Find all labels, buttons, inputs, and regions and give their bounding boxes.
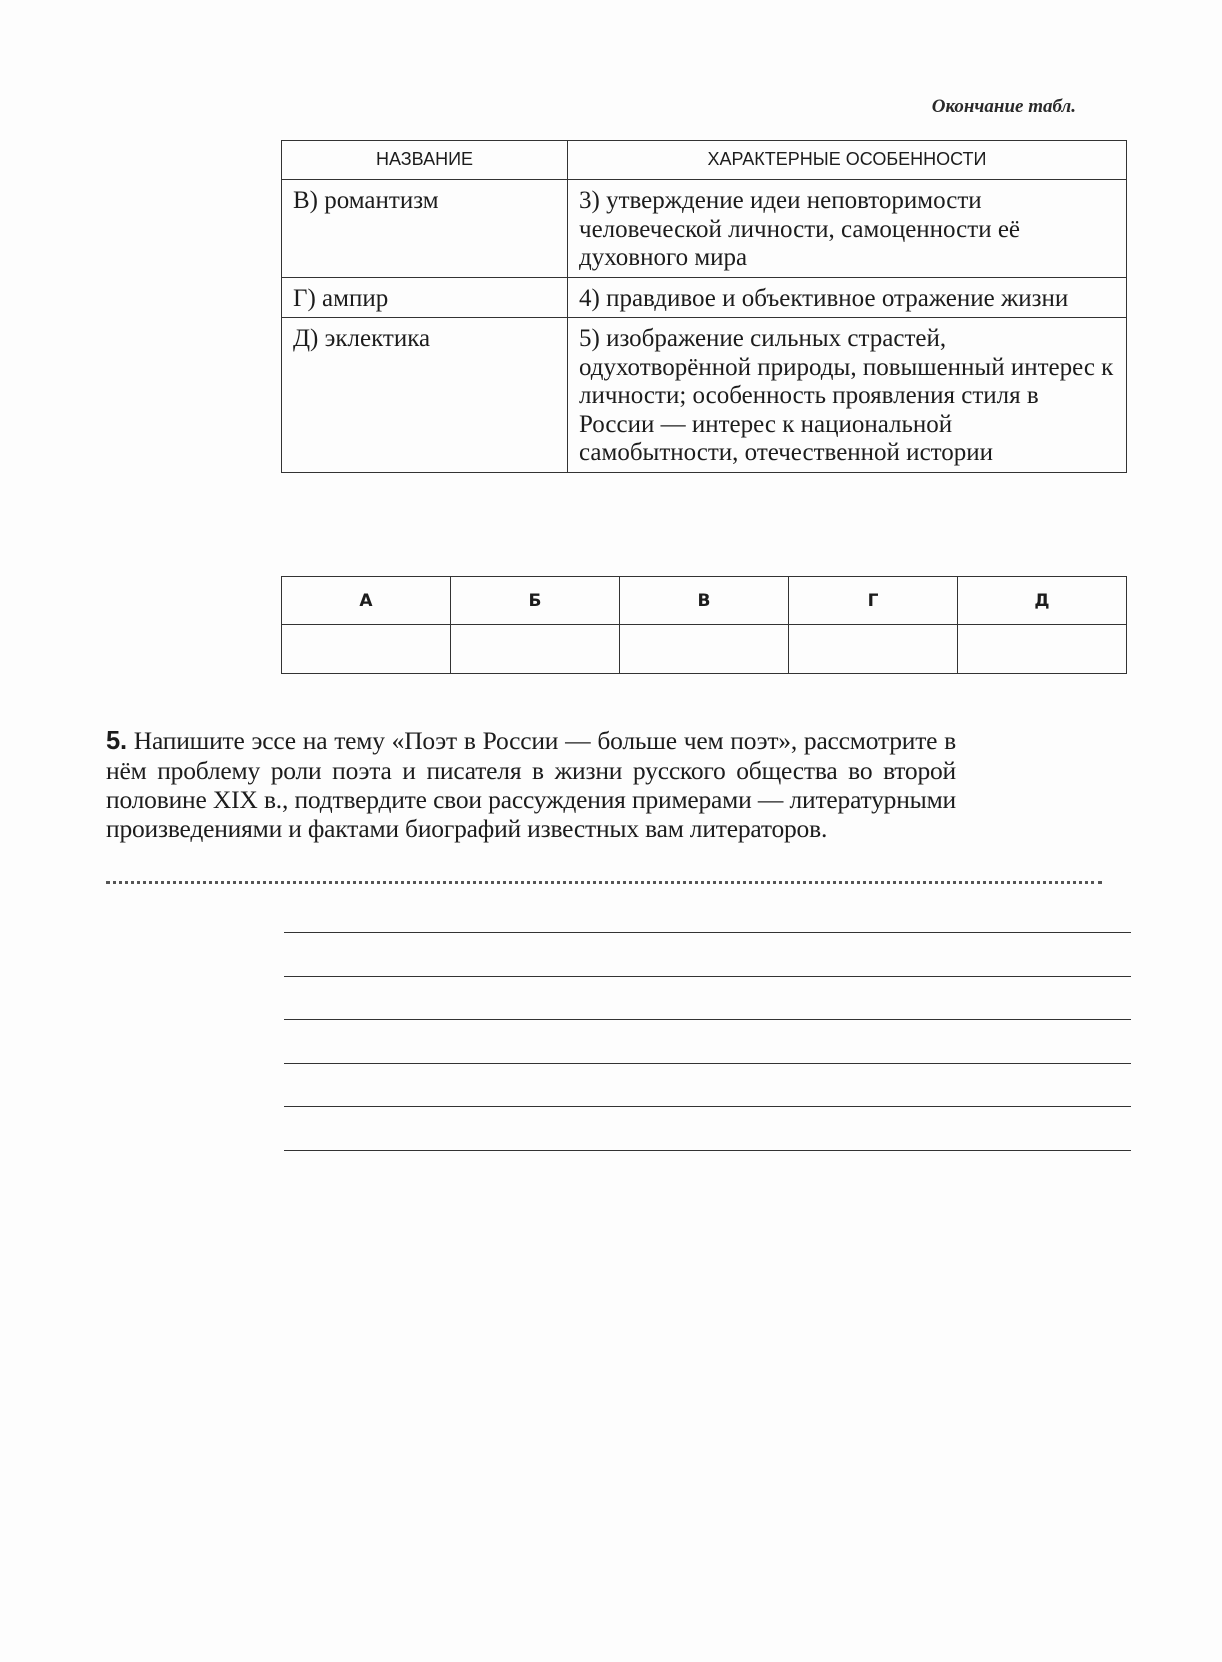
answer-input-row [282, 625, 1127, 674]
answer-header-a: А [282, 577, 451, 625]
table-row: Г) ампир 4) правдивое и объективное отра… [282, 277, 1127, 318]
header-features: ХАРАКТЕРНЫЕ ОСОБЕННОСТИ [568, 141, 1127, 180]
answer-cell-d[interactable] [958, 625, 1127, 674]
answer-header-g: Г [789, 577, 958, 625]
styles-table: НАЗВАНИЕ ХАРАКТЕРНЫЕ ОСОБЕННОСТИ В) рома… [281, 140, 1127, 473]
dotted-separator [106, 881, 1102, 884]
answer-header-d: Д [958, 577, 1127, 625]
style-feature: 3) утверждение идеи неповторимости челов… [568, 180, 1127, 278]
table-continuation-caption: Окончание табл. [932, 96, 1076, 118]
answer-line[interactable] [284, 1063, 1131, 1064]
answer-line[interactable] [284, 1150, 1131, 1151]
answer-line[interactable] [284, 1106, 1131, 1107]
answer-header-row: А Б В Г Д [282, 577, 1127, 625]
style-feature: 4) правдивое и объективное отражение жиз… [568, 277, 1127, 318]
answer-line[interactable] [284, 1019, 1131, 1020]
answer-cell-a[interactable] [282, 625, 451, 674]
answer-table: А Б В Г Д [281, 576, 1127, 674]
answer-header-v: В [620, 577, 789, 625]
table-row: В) романтизм 3) утверждение идеи неповто… [282, 180, 1127, 278]
task-number: 5. [106, 727, 127, 755]
table-row: Д) эклектика 5) изображение сильных стра… [282, 318, 1127, 473]
answer-line[interactable] [284, 932, 1131, 933]
style-name: Г) ампир [282, 277, 568, 318]
header-name: НАЗВАНИЕ [282, 141, 568, 180]
answer-cell-b[interactable] [451, 625, 620, 674]
task-5: 5. Напишите эссе на тему «Поэт в России … [106, 726, 956, 843]
table-header-row: НАЗВАНИЕ ХАРАКТЕРНЫЕ ОСОБЕННОСТИ [282, 141, 1127, 180]
style-feature: 5) изображение сильных страстей, одухотв… [568, 318, 1127, 473]
answer-line[interactable] [284, 976, 1131, 977]
style-name: В) романтизм [282, 180, 568, 278]
task-text: Напишите эссе на тему «Поэт в России — б… [106, 726, 956, 843]
style-name: Д) эклектика [282, 318, 568, 473]
answer-cell-g[interactable] [789, 625, 958, 674]
answer-cell-v[interactable] [620, 625, 789, 674]
answer-header-b: Б [451, 577, 620, 625]
